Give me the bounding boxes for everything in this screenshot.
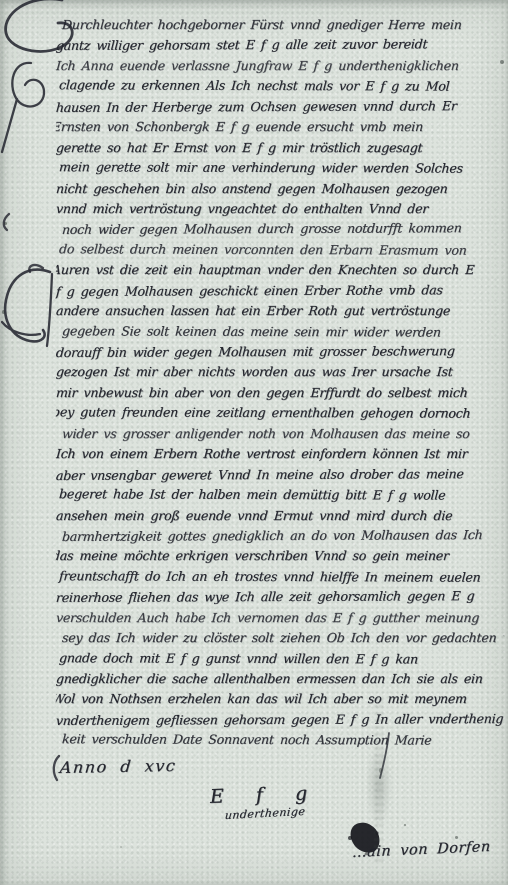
manuscript-line: gegeben Sie solt keinen das meine sein m… [55,321,504,343]
manuscript-line: keit verschulden Date Sonnavent noch Ass… [55,730,504,752]
manuscript-line: f g gegen Molhausen geschickt einen Erbe… [55,280,504,302]
manuscript-line: gezogen Ist mir aber nichts worden aus w… [55,362,504,382]
fold-mark [374,698,383,866]
paper-speck [455,836,458,839]
manuscript-line: Ich Anna euende verlassne Jungfraw E f g… [55,56,504,76]
manuscript-line: freuntschafft do Ich an eh trostes vnnd … [55,566,504,588]
manuscript-line: vnnd mich vertröstung vngeachtet do enth… [55,199,504,219]
manuscript-line: mir vnbewust bin aber von den gegen Erff… [55,383,504,403]
manuscript-line: gerette so hat Er Ernst von E f g mir tr… [55,138,504,158]
manuscript-line: reinerhose fliehen das wye Ich alle zeit… [55,586,504,608]
manuscript-line: gnedigklicher die sache allenthalben erm… [55,669,504,689]
manuscript-line: clagende zu erkennen Als Ich nechst mals… [55,76,504,98]
manuscript-line: nicht geschehen bin also anstend gegen M… [55,179,504,199]
manuscript-line: das meine möchte erkrigen verschriben Vn… [55,546,504,566]
paper-speck [500,60,504,64]
signature: …ain von Dorfen [352,839,491,861]
paper-speck [4,222,7,225]
manuscript-line: verschulden Auch habe Ich vernomen das E… [55,608,504,628]
paper-speck [120,846,122,848]
manuscript-body: Durchleuchter hochgeborner Fürst vnnd gn… [56,15,504,751]
manuscript-line: dorauff bin wider gegen Molhausen mit gr… [55,341,504,363]
manuscript-line: vnderthenigem gefliessen gehorsam gegen … [55,709,504,731]
manuscript-line: Wol von Nothsen erzhelen kan das wil Ich… [55,689,504,709]
paper-speck [2,310,5,314]
paper-speck [379,768,382,773]
manuscript-line: ansehen mein groß euende vnnd Ermut vnnd… [55,506,504,526]
manuscript-line: do selbest durch meinen vorconnten den E… [55,239,504,261]
manuscript-line: Ernsten von Schonbergk E f g euende ersu… [55,117,504,137]
manuscript-page: Durchleuchter hochgeborner Fürst vnnd gn… [0,0,508,885]
paper-speck [404,824,406,826]
manuscript-line: gantz williger gehorsam stet E f g alle … [55,34,504,56]
manuscript-line: hausen In der Herberge zum Ochsen gewese… [55,96,504,118]
dateline: Anno d xvc [59,756,177,777]
manuscript-line: Durchleuchter hochgeborner Fürst vnnd gn… [55,15,504,35]
manuscript-line: mein gerette solt mir ane verhinderung w… [55,157,504,179]
manuscript-line: barmhertzigkeit gottes gnedigklich an do… [55,525,504,547]
manuscript-line: wider vs grosser anligender noth von Mol… [55,424,504,444]
manuscript-line: andere ansuchen lassen hat ein Erber Rot… [55,301,504,321]
manuscript-line: gnade doch mit E f g gunst vnnd willen d… [55,648,504,670]
manuscript-line: aber vnsengbar geweret Vnnd In meine als… [55,464,504,486]
manuscript-line: begeret habe Ist der halben mein demütti… [55,484,504,506]
manuscript-line: Ich von einem Erbern Rothe vertrost einf… [55,444,504,464]
paraph-mid-left-icon [2,270,52,346]
manuscript-line: sey das Ich wider zu clöster solt ziehen… [55,628,504,648]
manuscript-line: bey guten freunden eine zeitlang ernenth… [55,403,504,425]
manuscript-line: noch wider gegen Molhausen durch grosse … [55,218,504,240]
manuscript-line: Auren vst die zeit ein hauptman vnder de… [55,260,504,280]
margin-curl-icon [4,214,43,272]
valediction-block: E f g underthenige [205,784,325,820]
